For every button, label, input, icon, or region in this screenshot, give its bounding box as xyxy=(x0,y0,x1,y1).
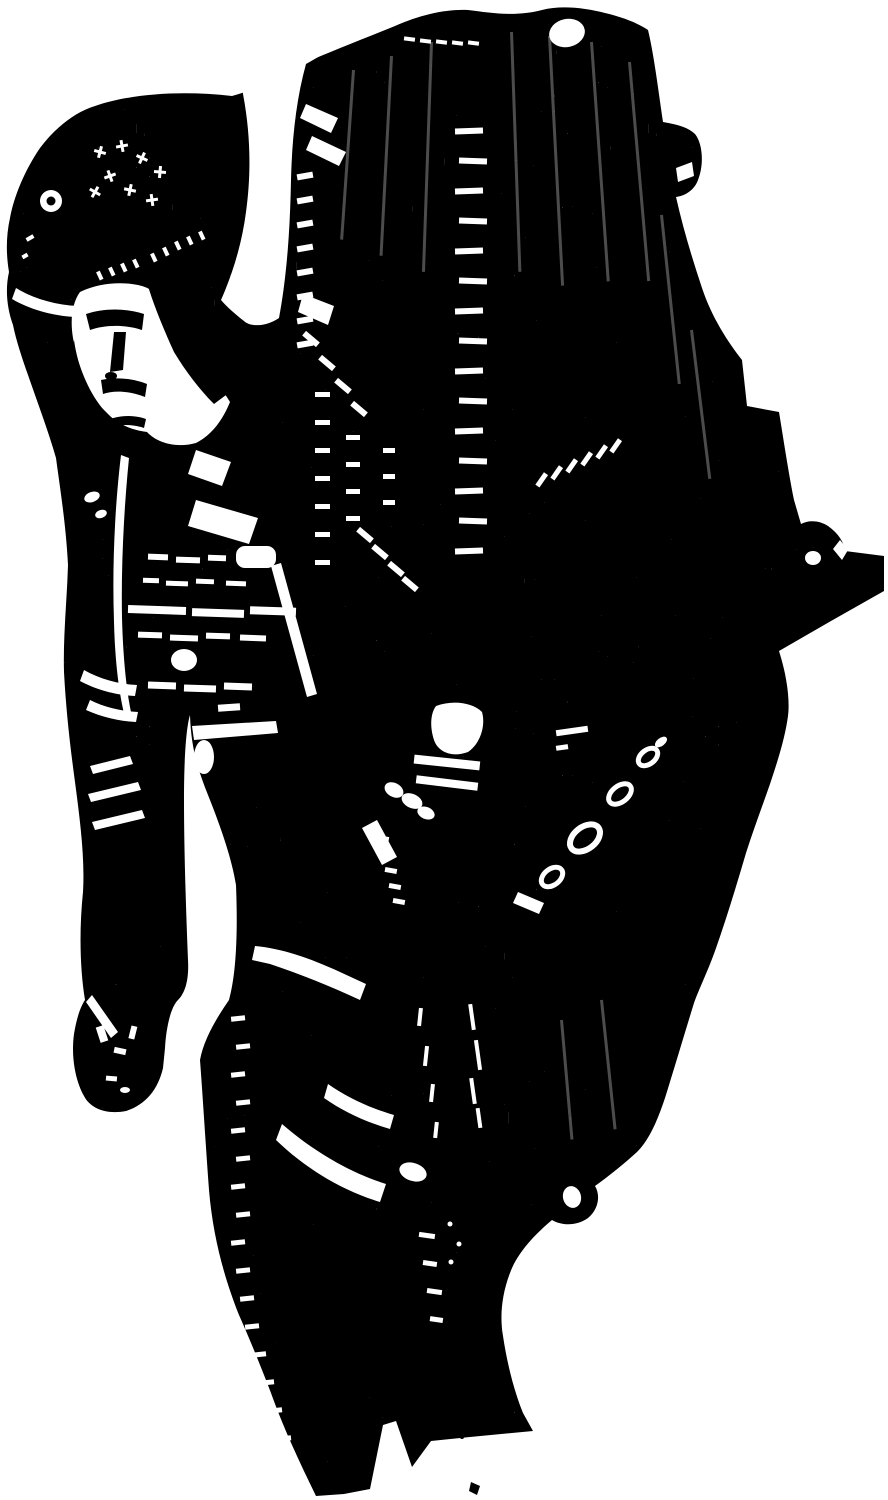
webbing-ladder-main xyxy=(455,128,487,555)
paratrooper-illustration xyxy=(0,0,888,1500)
illustration-canvas xyxy=(0,0,888,1500)
hook-paddle-hole xyxy=(805,551,821,565)
hip-gap-bulb xyxy=(194,740,214,774)
helmet-rivet-center xyxy=(47,197,56,206)
